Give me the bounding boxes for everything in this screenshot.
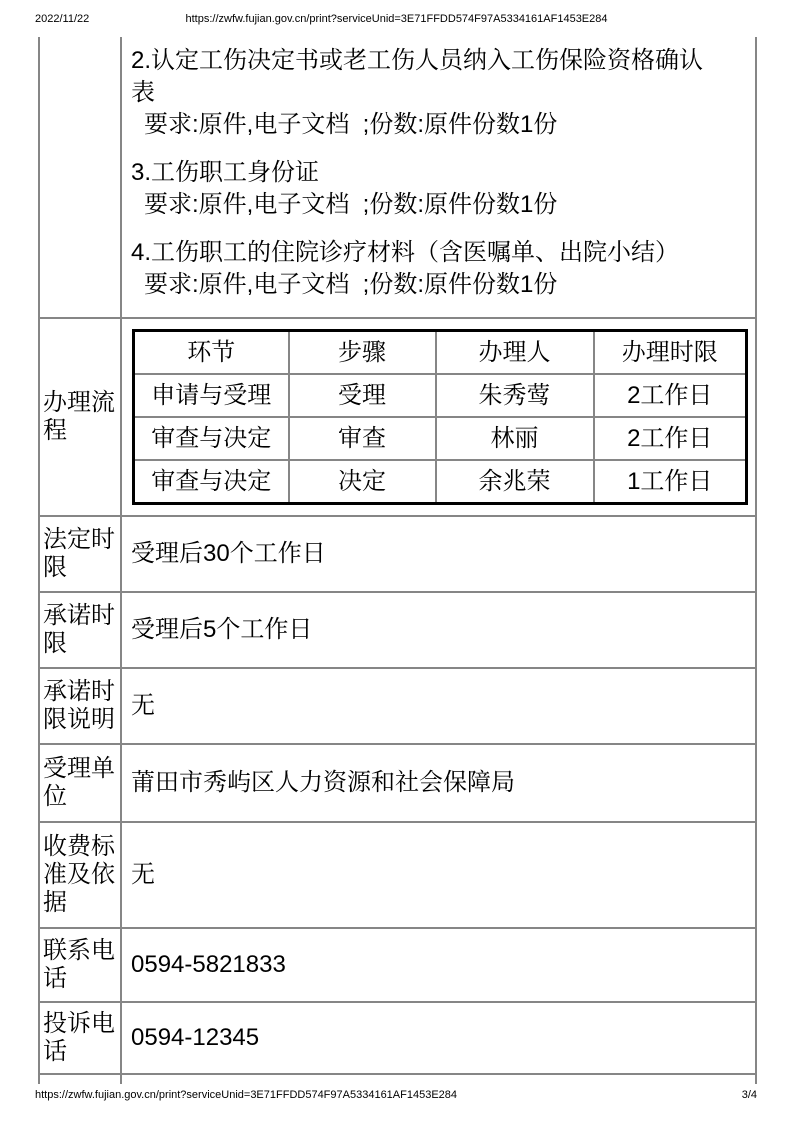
materials-list: 2.认定工伤决定书或老工伤人员纳入工伤保险资格确认 表 要求:原件,电子文档 ;…	[121, 37, 756, 318]
field-label: 承诺时限说明	[39, 668, 121, 744]
table-row-promised-limit-note: 承诺时限说明 无	[39, 668, 756, 744]
flow-row-3: 审查与决定 决定 余兆荣 1工作日	[134, 460, 747, 504]
flow-steps-table: 环节 步骤 办理人 办理时限 申请与受理 受理 朱秀莺 2工作日 审查与决定 审…	[132, 329, 748, 505]
flow-label: 办理流程	[39, 318, 121, 516]
table-row-complaint-phone: 投诉电话 0594-12345	[39, 1002, 756, 1074]
flow-handler: 朱秀莺	[436, 374, 594, 417]
flow-cell: 环节 步骤 办理人 办理时限 申请与受理 受理 朱秀莺 2工作日 审查与决定 审…	[121, 318, 756, 516]
flow-duration: 2工作日	[594, 417, 747, 460]
flow-stage: 审查与决定	[134, 460, 289, 504]
print-footer-page-number: 3/4	[742, 1089, 757, 1101]
flow-stage: 申请与受理	[134, 374, 289, 417]
flow-handler: 林丽	[436, 417, 594, 460]
service-detail-table: 2.认定工伤决定书或老工伤人员纳入工伤保险资格确认 表 要求:原件,电子文档 ;…	[38, 37, 757, 1084]
cutoff-label-cell	[39, 1074, 121, 1084]
table-row-flow: 办理流程 环节 步骤 办理人 办理时限 申请与受理 受理 朱秀莺 2工作日 审查…	[39, 318, 756, 516]
flow-header-stage: 环节	[134, 331, 289, 375]
table-row-materials: 2.认定工伤决定书或老工伤人员纳入工伤保险资格确认 表 要求:原件,电子文档 ;…	[39, 37, 756, 318]
material-item-4: 4.工伤职工的住院诊疗材料（含医嘱单、出院小结） 要求:原件,电子文档 ;份数:…	[131, 237, 749, 301]
table-row-contact-phone: 联系电话 0594-5821833	[39, 928, 756, 1002]
print-page: { "header": { "date": "2022/11/22", "url…	[0, 0, 793, 1123]
field-value: 无	[121, 822, 756, 928]
material-item-requirement: 要求:原件,电子文档 ;份数:原件份数1份	[131, 109, 749, 141]
table-row-promised-limit: 承诺时限 受理后5个工作日	[39, 592, 756, 668]
table-row-accepting-unit: 受理单位 莆田市秀屿区人力资源和社会保障局	[39, 744, 756, 822]
materials-label-empty	[39, 37, 121, 318]
field-value: 莆田市秀屿区人力资源和社会保障局	[121, 744, 756, 822]
field-value: 无	[121, 668, 756, 744]
field-label: 法定时限	[39, 516, 121, 592]
field-label: 联系电话	[39, 928, 121, 1002]
field-label: 投诉电话	[39, 1002, 121, 1074]
table-row-cutoff	[39, 1074, 756, 1084]
material-item-title-wrap: 表	[131, 77, 749, 109]
material-item-title: 4.工伤职工的住院诊疗材料（含医嘱单、出院小结）	[131, 237, 749, 269]
flow-step: 受理	[289, 374, 436, 417]
field-label: 承诺时限	[39, 592, 121, 668]
material-item-title: 2.认定工伤决定书或老工伤人员纳入工伤保险资格确认	[131, 45, 749, 77]
cutoff-value-cell	[121, 1074, 756, 1084]
flow-row-1: 申请与受理 受理 朱秀莺 2工作日	[134, 374, 747, 417]
flow-row-2: 审查与决定 审查 林丽 2工作日	[134, 417, 747, 460]
material-item-3: 3.工伤职工身份证 要求:原件,电子文档 ;份数:原件份数1份	[131, 157, 749, 221]
flow-handler: 余兆荣	[436, 460, 594, 504]
material-item-requirement: 要求:原件,电子文档 ;份数:原件份数1份	[131, 189, 749, 221]
material-item-title: 3.工伤职工身份证	[131, 157, 749, 189]
flow-header-handler: 办理人	[436, 331, 594, 375]
field-label: 收费标准及依据	[39, 822, 121, 928]
field-value: 受理后30个工作日	[121, 516, 756, 592]
material-item-requirement: 要求:原件,电子文档 ;份数:原件份数1份	[131, 269, 749, 301]
field-value: 0594-12345	[121, 1002, 756, 1074]
field-value: 受理后5个工作日	[121, 592, 756, 668]
table-row-statutory-limit: 法定时限 受理后30个工作日	[39, 516, 756, 592]
field-label: 受理单位	[39, 744, 121, 822]
print-header-url: https://zwfw.fujian.gov.cn/print?service…	[0, 13, 793, 25]
flow-step: 决定	[289, 460, 436, 504]
flow-step: 审查	[289, 417, 436, 460]
print-footer-url: https://zwfw.fujian.gov.cn/print?service…	[35, 1089, 457, 1101]
flow-header-row: 环节 步骤 办理人 办理时限	[134, 331, 747, 375]
flow-header-step: 步骤	[289, 331, 436, 375]
material-item-2: 2.认定工伤决定书或老工伤人员纳入工伤保险资格确认 表 要求:原件,电子文档 ;…	[131, 45, 749, 141]
flow-header-duration: 办理时限	[594, 331, 747, 375]
flow-duration: 2工作日	[594, 374, 747, 417]
field-value: 0594-5821833	[121, 928, 756, 1002]
flow-stage: 审查与决定	[134, 417, 289, 460]
flow-duration: 1工作日	[594, 460, 747, 504]
table-row-fee-standard: 收费标准及依据 无	[39, 822, 756, 928]
